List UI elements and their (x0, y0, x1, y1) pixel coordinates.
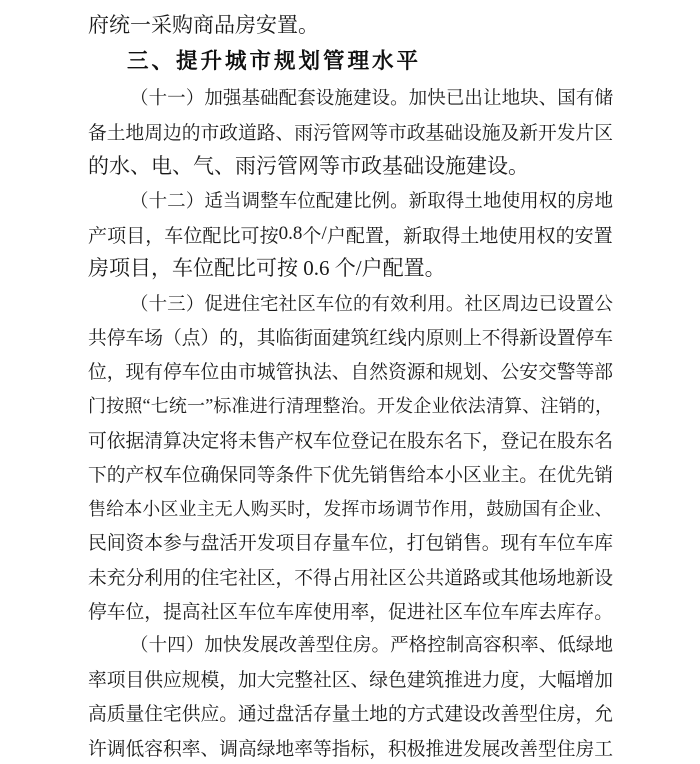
document-line: （十二）适当调整车位配建比例。新取得土地使用权的房地 (88, 183, 613, 217)
line-token: 统 (169, 392, 187, 418)
document-line: 备土地周边的市政道路、雨污管网等市政基础设施及新开发片区 (88, 115, 613, 149)
line-token: 推 (426, 734, 445, 761)
document-line: 位，现有停车位由市城管执法、自然资源和规划、公安交警等部 (88, 354, 613, 388)
line-token: 工 (594, 734, 613, 761)
line-token: 业 (482, 460, 501, 487)
line-token: 进 (250, 392, 268, 418)
line-token: 、 (201, 734, 220, 761)
line-token: 车 (164, 221, 183, 248)
line-token: 安 (575, 221, 594, 248)
document-line: 售给本小区业主无人购买时，发挥市场调节作用，鼓励国有企业、 (88, 491, 613, 525)
line-token: 善 (501, 699, 520, 726)
line-token: 路 (257, 118, 276, 145)
line-token: 位 (297, 187, 316, 213)
document-line: 许调低容积率、调高绿地率等指标，积极推进发展改善型住房工 (88, 730, 613, 764)
line-token: 无 (215, 495, 233, 521)
line-token: ， (384, 221, 403, 248)
section-heading: 三、提升城市规划管理水平 (88, 44, 613, 78)
line-token: ， (519, 665, 538, 692)
line-token: 储 (594, 84, 613, 110)
line-token: ， (369, 597, 388, 624)
line-token: 促 (388, 597, 407, 624)
line-token: 共 (426, 563, 445, 590)
line-token: 未 (88, 563, 107, 590)
line-token: 雨 (294, 118, 313, 145)
line-token: 场 (144, 323, 163, 350)
line-token: 用 (163, 563, 182, 590)
line-token: 得 (501, 323, 520, 350)
document-line: 产项目，车位配比可按0.8个/户配置，新取得土地使用权的安置 (88, 217, 613, 251)
line-token: 、 (595, 495, 613, 521)
line-token: 管 (276, 357, 295, 384)
line-token: 业 (431, 392, 449, 418)
line-token: 车 (316, 290, 335, 316)
line-token: 用 (332, 597, 351, 624)
line-token: 得 (313, 563, 332, 590)
line-token: 决 (182, 426, 201, 453)
line-token: 。 (446, 290, 465, 316)
line-token: 作 (432, 495, 450, 521)
line-token: 定 (201, 426, 220, 453)
line-token: 推 (444, 665, 463, 692)
line-token: 户 (327, 221, 346, 248)
line-token: 量 (332, 528, 351, 555)
line-token: 分 (126, 563, 145, 590)
line-token: 权 (537, 221, 556, 248)
line-token: 清 (286, 392, 304, 418)
line-token: 未 (238, 426, 257, 453)
line-token: 车 (126, 323, 145, 350)
line-token: 改 (501, 734, 520, 761)
line-token: 用 (427, 290, 446, 316)
line-token: 配 (346, 221, 365, 248)
line-token: 区 (463, 460, 482, 487)
line-token: 进 (463, 665, 482, 692)
line-token: 方 (407, 699, 426, 726)
line-token: 记 (369, 426, 388, 453)
line-token: 低 (557, 631, 576, 657)
line-token: 的 (182, 563, 201, 590)
line-token: 买 (269, 495, 287, 521)
line-token: 活 (294, 699, 313, 726)
line-token: 位 (183, 221, 202, 248)
line-token: 型 (538, 734, 557, 761)
line-token: 区 (332, 665, 351, 692)
line-token: 市 (201, 118, 220, 145)
line-token: ） (186, 187, 205, 213)
document-line: 民间资本参与盘活开发项目存量车位，打包销售。现有车位车库 (88, 525, 613, 559)
line-token: 部 (594, 357, 613, 384)
line-token: 库 (594, 528, 613, 555)
line-token: 优 (557, 460, 576, 487)
line-token: 许 (88, 734, 107, 761)
line-token: 、 (482, 357, 501, 384)
line-token: 积 (502, 631, 521, 657)
line-token: 边 (163, 118, 182, 145)
line-token: 源 (407, 357, 426, 384)
line-token: 市 (238, 357, 257, 384)
line-token: 高 (464, 631, 483, 657)
line-token: 交 (538, 357, 557, 384)
line-token: 东 (426, 426, 445, 453)
line-token: 活 (219, 528, 238, 555)
line-token: 通 (238, 699, 257, 726)
line-token: 地 (483, 187, 502, 213)
line-token: 二 (167, 187, 186, 213)
line-token: 个 (302, 221, 321, 248)
line-token: “ (143, 395, 151, 416)
line-token: 完 (276, 665, 295, 692)
line-token: 门 (88, 392, 106, 418)
line-token: 业 (577, 495, 595, 521)
line-token: 宅 (163, 699, 182, 726)
line-token: 极 (407, 734, 426, 761)
line-token: 位 (332, 426, 351, 453)
line-token: 。 (390, 187, 409, 213)
line-token: 建 (407, 665, 426, 692)
line-token: 发 (323, 495, 341, 521)
line-token: 善 (519, 734, 538, 761)
document-line: （十一）加强基础配套设施建设。加快已出让地块、国有储 (88, 80, 613, 114)
line-token: 率 (520, 631, 539, 657)
line-token: 停 (88, 597, 107, 624)
line-token: 产 (276, 426, 295, 453)
line-token: 公 (407, 563, 426, 590)
line-token: 东 (576, 426, 595, 453)
line-token: 整 (322, 392, 340, 418)
line-token: 0.8 (279, 223, 303, 245)
line-token: 位 (334, 290, 353, 316)
line-token: 开 (377, 392, 395, 418)
line-token: 和 (426, 357, 445, 384)
line-token: 效 (390, 290, 409, 316)
line-token: 制 (446, 631, 465, 657)
line-token: 高 (182, 597, 201, 624)
line-token: 使 (313, 597, 332, 624)
line-token: 权 (144, 460, 163, 487)
line-token: 率 (294, 734, 313, 761)
line-token: 主 (197, 495, 215, 521)
line-token: 权 (539, 187, 558, 213)
line-token: 三 (167, 290, 186, 316)
line-token: 发 (557, 118, 576, 145)
line-token: ， (107, 357, 126, 384)
line-token: 库 (557, 597, 576, 624)
line-token: 的 (556, 221, 575, 248)
line-token: 。 (359, 392, 377, 418)
line-token: 加 (594, 665, 613, 692)
line-token: 。 (482, 528, 501, 555)
line-token: 充 (107, 563, 126, 590)
line-token: 下 (313, 460, 332, 487)
line-token: 开 (538, 118, 557, 145)
line-token: 确 (201, 460, 220, 487)
document-line: 率项目供应规模，加大完整社区、绿色建筑推进力度，大幅增加 (88, 662, 613, 696)
line-token: ， (468, 495, 486, 521)
line-token: 销 (444, 528, 463, 555)
line-token: 场 (378, 495, 396, 521)
line-token: 地 (479, 221, 498, 248)
line-token: 地 (502, 84, 521, 110)
line-token: 库 (294, 597, 313, 624)
line-token: 筑 (351, 323, 370, 350)
line-token: 自 (351, 357, 370, 384)
line-token: 设 (557, 290, 576, 316)
line-token: 照 (124, 392, 142, 418)
line-token: 保 (219, 460, 238, 487)
line-token: 新 (519, 323, 538, 350)
line-token: 加 (204, 84, 223, 110)
line-token: 宅 (219, 563, 238, 590)
line-token: 停 (107, 323, 126, 350)
line-token: 社 (369, 563, 388, 590)
line-token: 取 (427, 187, 446, 213)
line-token: 政 (407, 118, 426, 145)
line-token: ， (276, 563, 295, 590)
line-token: 登 (351, 426, 370, 453)
document-line: 房项目，车位配比可按 0.6 个/户配置。 (88, 251, 613, 285)
line-token: 量 (332, 699, 351, 726)
line-token: 低 (126, 734, 145, 761)
line-token: 车 (276, 597, 295, 624)
line-token: 目 (126, 665, 145, 692)
line-token: 色 (388, 665, 407, 692)
line-token: 管 (332, 118, 351, 145)
line-token: 线 (388, 323, 407, 350)
document-line: 停车位，提高社区车位车库使用率，促进社区车位车库去库存。 (88, 593, 613, 627)
line-token: 位 (88, 357, 107, 384)
line-token: 社 (464, 290, 483, 316)
document-line: 未充分利用的住宅社区，不得占用社区公共道路或其他场地新设 (88, 559, 613, 593)
document-line: 可依据清算决定将未售产权车位登记在股东名下，登记在股东名 (88, 422, 613, 456)
line-token: 地 (557, 563, 576, 590)
line-token: 使 (502, 187, 521, 213)
line-token: 套 (297, 84, 316, 110)
line-token: 允 (594, 699, 613, 726)
line-token: 新 (576, 563, 595, 590)
line-token: 小 (142, 495, 160, 521)
line-token: 建 (444, 699, 463, 726)
line-token: 规 (182, 665, 201, 692)
line-token: 基 (426, 118, 445, 145)
line-token: 企 (558, 495, 576, 521)
line-token: 配 (202, 221, 221, 248)
line-token: 有 (540, 495, 558, 521)
document-line: 高质量住宅供应。通过盘活存量土地的方式建设改善型住房，允 (88, 696, 613, 730)
line-token: 城 (257, 357, 276, 384)
line-token: 权 (294, 426, 313, 453)
line-token: ， (145, 221, 164, 248)
line-token: 严 (390, 631, 409, 657)
line-token: 地 (276, 734, 295, 761)
line-token: 指 (332, 734, 351, 761)
line-token: 周 (502, 290, 521, 316)
document-line: 府统一采购商品房安置。 (88, 8, 613, 42)
line-token: 现 (501, 528, 520, 555)
line-token: 人 (233, 495, 251, 521)
line-token: 面 (313, 323, 332, 350)
line-token: 算 (163, 426, 182, 453)
line-token: 格 (409, 631, 428, 657)
line-token: 政 (219, 118, 238, 145)
line-token: 用 (520, 187, 539, 213)
line-token: 容 (483, 631, 502, 657)
line-token: 住 (201, 563, 220, 590)
line-token: 提 (163, 597, 182, 624)
line-token: 市 (359, 495, 377, 521)
line-token: 给 (106, 495, 124, 521)
line-token: 的 (219, 323, 238, 350)
line-token: 新 (409, 187, 428, 213)
line-token: 据 (126, 426, 145, 453)
line-token: 置 (594, 221, 613, 248)
line-token: 有 (372, 290, 391, 316)
line-token: 国 (557, 84, 576, 110)
line-token: 度 (501, 665, 520, 692)
line-token: 善 (297, 631, 316, 657)
line-token: 进 (223, 290, 242, 316)
line-token: 可 (241, 221, 260, 248)
line-token: 型 (316, 631, 335, 657)
line-token: 先 (351, 460, 370, 487)
line-token: 比 (221, 221, 240, 248)
line-token: 幅 (557, 665, 576, 692)
line-token: 位 (201, 357, 220, 384)
line-token: 安 (519, 357, 538, 384)
line-token: 其 (501, 563, 520, 590)
line-token: 车 (107, 597, 126, 624)
line-token: 不 (294, 563, 313, 590)
line-token: 股 (407, 426, 426, 453)
line-token: 土 (460, 221, 479, 248)
line-token: 置 (576, 290, 595, 316)
line-token: 整 (294, 665, 313, 692)
line-token: 节 (414, 495, 432, 521)
line-token: 将 (219, 426, 238, 453)
line-token: 街 (294, 323, 313, 350)
line-token: 土 (464, 187, 483, 213)
line-token: 区 (388, 563, 407, 590)
line-token: 项 (107, 221, 126, 248)
line-token: 发 (241, 631, 260, 657)
line-token: 其 (257, 323, 276, 350)
line-token: 国 (522, 495, 540, 521)
line-token: 销 (594, 460, 613, 487)
line-token: 土 (107, 118, 126, 145)
line-token: 间 (107, 528, 126, 555)
line-token: 售 (463, 528, 482, 555)
line-token: 存 (313, 699, 332, 726)
line-token: 车 (463, 597, 482, 624)
line-token: 公 (594, 290, 613, 316)
line-token: 、 (351, 665, 370, 692)
line-token: ， (388, 528, 407, 555)
line-token: 设 (538, 323, 557, 350)
line-token: 名 (594, 426, 613, 453)
line-token: 利 (144, 563, 163, 590)
line-token: 当 (223, 187, 242, 213)
line-token: 础 (260, 84, 279, 110)
line-token: 房 (576, 187, 595, 213)
line-token: 在 (538, 460, 557, 487)
line-token: 社 (426, 597, 445, 624)
line-token: 依 (450, 392, 468, 418)
line-token: 位 (369, 528, 388, 555)
line-token: 先 (576, 460, 595, 487)
document-line: （十四）加快发展改善型住房。严格控制高容积率、低绿地 (88, 627, 613, 661)
line-token: 控 (427, 631, 446, 657)
line-token: 进 (407, 597, 426, 624)
line-token: 住 (557, 734, 576, 761)
line-token: 高 (238, 734, 257, 761)
line-token: 下 (88, 460, 107, 487)
line-token: ， (595, 392, 613, 418)
line-token: 车 (351, 528, 370, 555)
line-token: 在 (388, 426, 407, 453)
line-token: 展 (260, 631, 279, 657)
line-token: 十 (149, 631, 168, 657)
line-token: 调 (107, 734, 126, 761)
line-token: 销 (559, 392, 577, 418)
line-token: 社 (313, 665, 332, 692)
line-token: 划 (463, 357, 482, 384)
line-token: 等 (576, 357, 595, 384)
line-token: 件 (294, 460, 313, 487)
line-token: ， (305, 495, 323, 521)
line-token: 网 (351, 118, 370, 145)
line-token: 用 (450, 495, 468, 521)
line-token: 登 (501, 426, 520, 453)
line-token: 库 (519, 597, 538, 624)
line-token: 。 (594, 597, 613, 624)
line-token: 主 (501, 460, 520, 487)
line-token: 、 (332, 357, 351, 384)
line-token: 比 (353, 187, 372, 213)
line-token: 车 (594, 323, 613, 350)
line-token: 应 (201, 699, 220, 726)
line-token: 有 (519, 528, 538, 555)
line-token: 与 (182, 528, 201, 555)
line-token: 现 (126, 357, 145, 384)
line-token: 调 (241, 187, 260, 213)
line-token: 同 (238, 460, 257, 487)
line-token: 的 (577, 392, 595, 418)
line-token: 设 (463, 118, 482, 145)
line-token: 建 (334, 187, 353, 213)
line-token: 记 (519, 426, 538, 453)
line-token: 量 (126, 699, 145, 726)
line-token: 区 (594, 118, 613, 145)
line-token: 区 (297, 290, 316, 316)
line-token: 区 (257, 563, 276, 590)
line-token: 置 (365, 221, 384, 248)
line-token: 算 (504, 392, 522, 418)
line-token: 路 (463, 563, 482, 590)
line-token: 注 (540, 392, 558, 418)
line-token: 或 (482, 563, 501, 590)
line-token: 理 (304, 392, 322, 418)
line-token: 率 (88, 665, 107, 692)
line-token: 施 (334, 84, 353, 110)
line-token: ， (219, 665, 238, 692)
line-token: 本 (426, 460, 445, 487)
line-token: 建 (332, 323, 351, 350)
line-token: ” (205, 395, 213, 416)
line-token: 道 (444, 563, 463, 590)
line-token: 有 (576, 84, 595, 110)
document-line: 的水、电、气、雨污管网等市政基础设施建设。 (88, 149, 613, 183)
line-token: ， (576, 699, 595, 726)
